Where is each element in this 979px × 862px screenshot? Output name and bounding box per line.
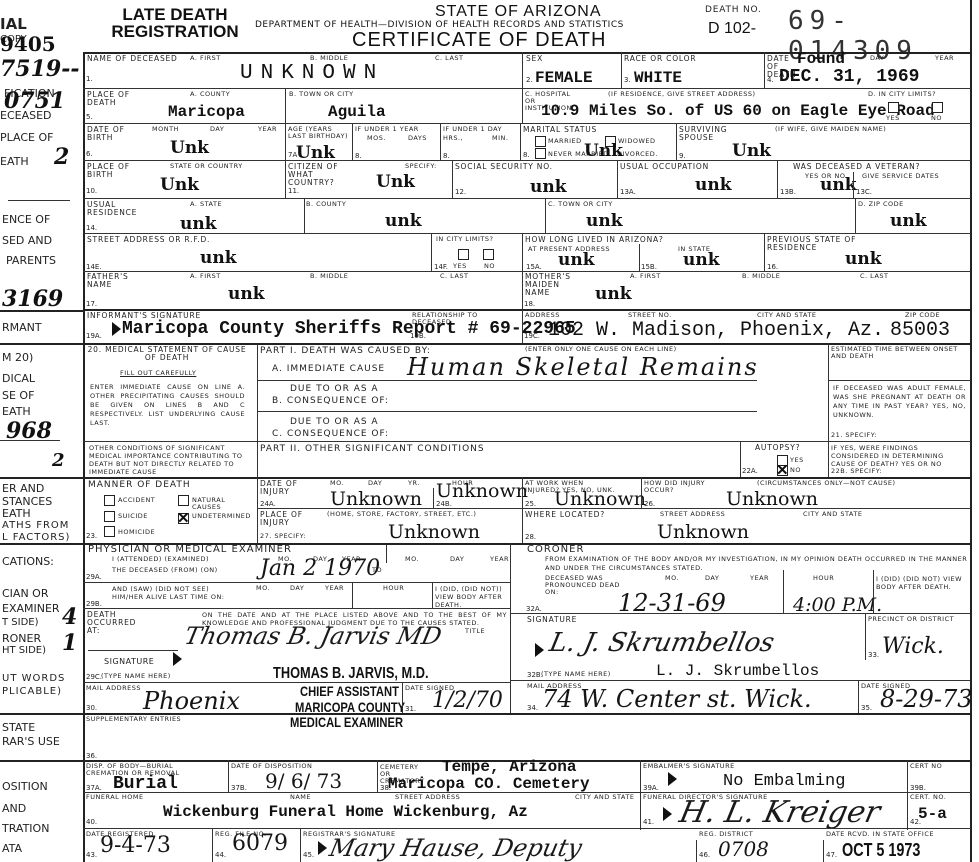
label: AGE (YEARS LAST BIRTHDAY) [288,126,353,140]
divider [853,172,854,198]
field-number: 6. [86,150,93,158]
label: AUTOPSY? [755,444,800,452]
label: SIGNATURE [104,658,154,665]
divider [828,441,829,477]
label: YEAR [258,126,277,133]
field-number: 15A. [526,263,542,271]
label: IF DECEASED WAS ADULT FEMALE, WAS SHE PR… [833,384,966,420]
row-divider [83,88,971,89]
row-divider [510,613,970,614]
label: NO [484,263,495,270]
divider [0,760,83,762]
divider [402,682,403,713]
label: B. TOWN OR CITY [289,91,354,98]
divider [0,543,83,545]
label: (HOME, STORE, FACTORY, STREET, ETC.) [327,511,476,518]
field-number: 2. [526,76,533,84]
physician-title: MEDICAL EXAMINER [290,714,403,730]
label: YR. [408,480,420,487]
divider [696,840,697,862]
field-number: 19A. [86,332,102,340]
field-number: 8. [443,152,450,160]
occupation-value: unk [695,176,732,194]
field-number: 24A. [260,500,276,508]
examined-date-value: Jan 2 1970 [260,558,380,580]
divider [440,123,441,160]
field-number: 41. [643,818,654,826]
label: A. COUNTY [190,91,230,98]
physician-signature: Thomas B. Jarvis MD [182,622,444,650]
dob-value: Unk [170,139,209,157]
cemetery-line-2: Maricopa CO. Cemetery [388,775,590,793]
field-number: 31. [405,705,416,713]
field-number: 3. [624,76,631,84]
label: GIVE SERVICE DATES [862,173,939,180]
margin-handwriting: 2 [52,450,65,471]
label: YES [790,457,804,464]
divider [740,441,741,477]
row-divider [510,680,970,681]
label: ACCIDENT [118,497,155,504]
label: UNDETERMINED [192,513,242,520]
manner-undetermined-checkbox[interactable] [178,513,189,524]
label: USUAL RESIDENCE [87,201,147,217]
field-number: 1. [86,75,93,83]
field-number: 15B. [641,263,657,271]
label: MAIL ADDRESS [86,685,141,692]
field-number: 39B. [910,784,926,792]
physician-mail-value: Phoenix [143,690,240,712]
physician-title: CHIEF ASSISTANT [300,683,399,699]
informant-address-value: 102 W. Madison, Phoenix, Az. [548,322,884,340]
row-divider [828,380,971,381]
label: HOW LONG LIVED IN ARIZONA? [525,236,664,244]
label: FATHER'S NAME [87,273,147,289]
town-value: Aguila [328,103,386,121]
field-number: 40. [86,818,97,826]
left-margin: IAL COPY 9405 7519-- FICATION 0751 ECEAS… [0,0,83,862]
divider [858,680,859,713]
label: B. MIDDLE [310,273,348,280]
coroner-name: L. J. Skrumbellos [656,662,819,680]
divider [764,52,765,88]
margin-text: CATIONS: [2,556,54,568]
label: PHYSICIAN OR MEDICAL EXAMINER [88,545,292,555]
label: AND (SAW) (DID NOT SEE) HIM/HER ALIVE LA… [112,585,242,601]
date-received-stamp: OCT 5 1973 [842,840,920,861]
signature-arrow-icon [112,322,121,336]
label: NAME [290,794,311,801]
where-located-value: Unknown [657,523,749,541]
death-no-label: DEATH NO. [705,6,762,14]
divider [545,198,546,233]
margin-text: ER AND [2,483,44,495]
margin-handwriting: 9405 [0,32,56,56]
field-number: 16. [767,263,778,271]
pronounced-date-value: 12-31-69 [618,592,726,614]
label: C. LAST [860,273,888,280]
field-number: 32A. [526,605,542,613]
margin-handwriting: 3169 [2,286,63,312]
label: (ENTER ONLY ONE CAUSE ON EACH LINE) [525,346,677,353]
present-address-duration: unk [558,251,595,269]
date-of-death-value: DEC. 31, 1969 [779,68,919,86]
label: YES [453,263,467,270]
label: CERT NO [910,763,942,770]
city-limits-yes-checkbox[interactable] [888,102,899,113]
label: IF UNDER 1 YEAR [355,126,419,133]
margin-text: EATH [2,508,31,520]
label: THE DECEASED (FROM) (ON) [112,567,218,574]
divider [257,343,258,477]
row-divider [83,608,510,609]
divider [522,309,523,343]
field-number: 29B. [86,600,102,608]
margin-text: M 20) [2,352,33,364]
county-value: Maricopa [168,103,245,121]
injury-place-value: Unknown [388,523,480,541]
frame [970,0,972,862]
funeral-home-value: Wickenburg Funeral Home Wickenburg, Az [163,803,528,821]
label: PLACE OF BIRTH [87,163,137,179]
margin-handwriting: 1 [62,630,77,656]
label: STREET ADDRESS [660,511,725,518]
margin-text: RAR'S USE [2,736,60,748]
coroner-date-signed: 8-29-73 [880,688,973,710]
divider [873,570,874,613]
label: SUICIDE [118,513,148,520]
field-number: 45. [303,851,314,859]
label: DAY [705,575,719,582]
label: HOUR [813,575,834,582]
label: HOUR [383,585,404,592]
field-number: 36. [86,752,97,760]
ssn-value: unk [530,178,567,196]
margin-text: EATH [0,156,29,168]
label: 22B. SPECIFY: [831,468,882,475]
death-no-prefix: D 102- [708,20,756,38]
field-number: 22A. [742,467,758,475]
in-state-duration: unk [683,251,720,269]
divider [676,123,677,160]
label: SURVIVING SPOUSE [679,126,749,142]
margin-text: PLACE OF [0,132,53,144]
margin-text: ECEASED [0,110,52,122]
divider [823,840,824,862]
date-registered-value: 9-4-73 [100,835,171,857]
field-number: 29A. [86,573,102,581]
coroner-mail-value: 74 W. Center st. Wick. [542,688,812,710]
residence-city-limits-no[interactable] [483,249,494,260]
title-line: LATE DEATH [100,6,250,23]
label: MONTH [152,126,179,133]
residence-city-limits-yes[interactable] [458,249,469,260]
label: (IF WIFE, GIVE MAIDEN NAME) [775,126,886,133]
signature-arrow-icon [173,652,182,666]
coroner-signature: L. J. Skrumbellos [547,628,777,658]
margin-handwriting: 2 [54,144,69,170]
label: YEAR [935,55,954,62]
margin-handwriting: 7519-- [0,56,80,82]
field-number: 19B. [410,332,426,340]
row-divider [83,441,971,442]
label: C. CONSEQUENCE OF: [272,429,389,439]
hospital-value: 10.9 Miles So. of US 60 on Eagle Eye Roa… [541,102,935,120]
funeral-director-cert-value: 5-a [918,805,947,823]
margin-text: ENCE OF [2,214,50,226]
label: (TYPE NAME HERE) [101,673,171,680]
label: I (DID, (DID NOT)) VIEW BODY AFTER DEATH… [435,585,507,609]
residence-state-value: unk [180,215,217,233]
label: DAY [368,480,382,487]
label: ESTIMATED TIME BETWEEN ONSET AND DEATH [831,346,966,360]
label: PART II. OTHER SIGNIFICANT CONDITIONS [260,444,485,454]
margin-text: OSITION [2,781,48,793]
divider [621,52,622,88]
divider [828,343,829,441]
divider [0,440,60,441]
label: DATE OF BIRTH [87,126,127,142]
divider [617,160,618,198]
field-number: 33. [868,651,879,659]
race-value: WHITE [634,69,682,87]
divider [639,244,640,271]
married-checkbox[interactable] [535,136,546,147]
label: NO [790,467,801,474]
signature-line [88,650,178,651]
field-number: 37A. [86,784,102,792]
margin-text: IAL [0,18,27,30]
label: CITIZEN OF WHAT COUNTRY? [288,163,348,187]
label: DAY [290,585,304,592]
divider [285,88,286,123]
informant-value: Maricopa County Sheriffs Report # 69-229… [122,320,576,338]
divider [377,760,378,792]
sex-value: FEMALE [535,69,593,87]
label: DEATH OCCURRED AT: [87,611,147,635]
field-number: 24B. [436,500,452,508]
field-number: 11. [288,187,299,195]
margin-text: HT SIDE) [2,645,46,657]
label: DAY [450,556,464,563]
city-limits-no-checkbox[interactable] [932,102,943,113]
label: B. CONSEQUENCE OF: [272,396,389,406]
margin-text: SED AND [2,235,52,247]
field-number: 10. [86,187,97,195]
divider [777,160,778,198]
field-number: 17. [86,300,97,308]
residence-county-value: unk [385,212,422,230]
label: MARRIED [548,138,582,145]
divider [304,198,305,233]
divider [431,233,432,271]
field-number: 25. [525,500,536,508]
label: A. FIRST [630,273,661,280]
manner-natural-checkbox[interactable] [178,495,189,506]
label: YEAR [490,556,509,563]
label: SPECIFY: [405,163,437,170]
margin-text: CIAN OR [2,588,48,600]
divider [257,477,258,543]
label: A. FIRST [190,273,221,280]
label: PART I. DEATH WAS CAUSED BY: [260,346,431,356]
label: IF UNDER 1 DAY [443,126,502,133]
label: A. FIRST [190,55,221,62]
date-found-value: Found [797,50,845,68]
divider [522,52,523,88]
street-value: unk [200,249,237,267]
field-number: 14E. [86,263,102,271]
divider [783,570,784,613]
label: DIVORCED. [617,151,658,158]
previous-state-value: unk [845,250,882,268]
frame [83,52,85,862]
field-number: 35. [861,704,872,712]
divider [522,233,523,271]
margin-text: SE OF [2,390,34,402]
label: DAY [870,55,884,62]
field-number: 23. [86,532,97,540]
label: B. MIDDLE [310,55,348,62]
physician-date-signed: 1/2/70 [432,690,503,712]
divider [865,613,866,660]
divider [300,828,301,862]
deceased-name: UNKNOWN [240,65,384,83]
file-no-value: 6079 [232,833,288,855]
reg-district-value: 0708 [718,838,769,860]
autopsy-no-checkbox[interactable] [777,465,788,476]
label: FILL OUT CAREFULLY [120,370,196,377]
field-number: 28. [525,533,536,541]
divider [452,160,453,198]
divider [522,271,523,309]
row-divider [83,792,971,793]
divider [520,123,521,160]
label: RACE OR COLOR [624,55,696,63]
label: EMBALMER'S SIGNATURE [643,763,735,770]
label: WIDOWED [618,138,656,145]
margin-text: PARENTS [6,255,56,267]
divider [352,582,353,608]
divider [907,760,908,830]
divider [855,198,856,233]
label: 27. SPECIFY: [260,533,306,540]
birthplace-value: Unk [160,176,199,194]
citizen-value: Unk [376,173,415,191]
label: DUE TO OR AS A [290,417,379,427]
never-married-checkbox[interactable] [535,148,546,159]
label: C. LAST [440,273,468,280]
label: YES [886,115,900,122]
label: MOS. [367,135,386,142]
field-number: 13C. [856,188,872,196]
label: DUE TO OR AS A [290,384,379,394]
label: PRECINCT OR DISTRICT [868,616,954,623]
field-number: 14. [86,224,97,232]
field-number: 30. [86,704,97,712]
divider [285,123,286,160]
field-number: 37B. [231,784,247,792]
field-number: 44. [215,851,226,859]
label: CITY AND STATE [757,312,816,319]
label: (CIRCUMSTANCES ONLY—NOT CAUSE) [757,480,896,487]
label: I (DID) (DID NOT) VIEW BODY AFTER DEATH. [876,575,968,591]
funeral-director-signature: H. L. Kreiger [676,795,883,830]
label: HOMICIDE [118,529,155,536]
label: ENTER IMMEDIATE CAUSE ON LINE A. OTHER P… [90,383,245,428]
divider [640,760,641,830]
field-number: 8. [523,151,530,159]
how-injury-value: Unknown [726,490,818,508]
field-number: 43. [86,851,97,859]
field-number: 13A. [620,188,636,196]
margin-text: TRATION [2,823,49,835]
field-number: 46. [699,851,710,859]
label: TITLE [465,628,485,635]
label: MARITAL STATUS [523,126,597,134]
label: CERT. NO. [910,794,946,801]
field-number: 29C. [86,673,102,681]
signature-arrow-icon [318,841,327,855]
row-divider [83,233,971,234]
label: ZIP CODE [905,312,940,319]
label: DATE RCVD. IN STATE OFFICE [826,831,934,838]
label: MO. [256,585,270,592]
embalmer-value: No Embalming [723,773,845,791]
divider [522,477,523,543]
residence-zip-value: unk [890,212,927,230]
label: B. COUNTY [306,201,346,208]
label: D. ZIP CODE [858,201,904,208]
divider [212,828,213,862]
label: DAYS [408,135,427,142]
margin-handwriting: 4 [62,604,77,630]
margin-text: EATH [2,406,31,418]
label: C. LAST [435,55,463,62]
label: SUPPLEMENTARY ENTRIES [86,716,181,723]
label: 20. MEDICAL STATEMENT OF CAUSE OF DEATH [87,346,247,362]
label: HOW DID INJURY OCCUR? [644,480,714,494]
label: NAME OF DECEASED [87,55,178,63]
at-work-value: Unknown [554,490,646,508]
label: DECEASED WAS PRONOUNCED DEAD ON: [545,575,620,596]
label: MO. [330,480,344,487]
field-number: 47. [826,851,837,859]
margin-text: ATHS FROM [2,520,69,532]
manner-suicide-checkbox[interactable] [104,511,115,522]
label: NATURAL CAUSES [192,497,252,511]
death-certificate: IAL COPY 9405 7519-- FICATION 0751 ECEAS… [0,0,979,862]
divider [432,582,433,608]
father-name-value: unk [228,285,265,303]
physician-name: THOMAS B. JARVIS, M.D. [273,665,429,683]
field-number: 34. [527,704,538,712]
margin-text: UT WORDS [2,673,65,685]
label: FUNERAL HOME [86,794,144,801]
margin-text: PLICABLE) [2,686,62,698]
injury-hour-value: Unknown [436,482,528,500]
label: USUAL OCCUPATION [620,163,709,171]
manner-accident-checkbox[interactable] [104,495,115,506]
divider [352,123,353,160]
field-number: 39A. [643,784,659,792]
manner-homicide-checkbox[interactable] [104,526,115,537]
label: STREET NO. [628,312,672,319]
divider [228,760,229,792]
row-divider [83,160,971,161]
margin-text: AND [2,803,26,815]
veteran-value: unk [820,176,857,194]
